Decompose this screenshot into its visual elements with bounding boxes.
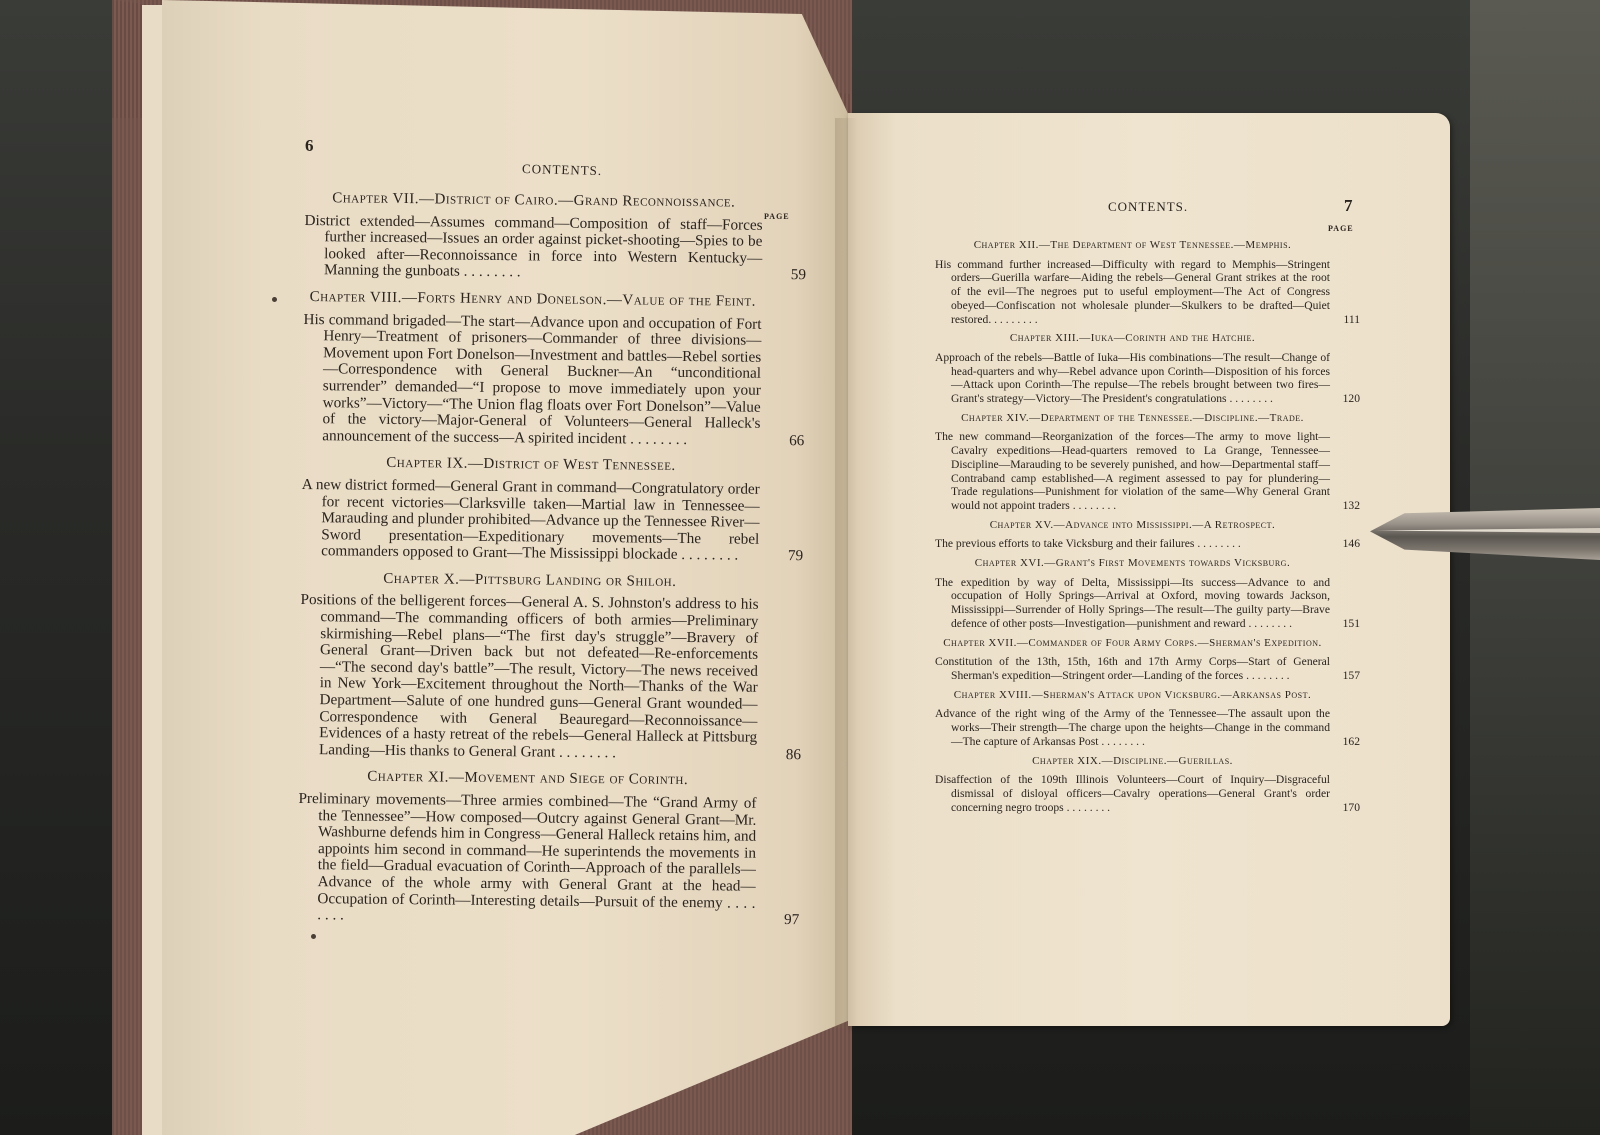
right-page-label: PAGE [1328, 224, 1354, 233]
chapter-entry: Chapter XVII.—Commander of Four Army Cor… [935, 637, 1330, 683]
chapter-entry: Chapter VIII.—Forts Henry and Donelson.—… [302, 289, 762, 449]
chapter-entry: Chapter IX.—District of West Tennessee. … [301, 454, 760, 564]
chapter-title: Chapter XIX.—Discipline.—Guerillas. [935, 755, 1330, 769]
right-page-number: 7 [1344, 196, 1353, 216]
chapter-title: Chapter X.—Pittsburg Landing or Shiloh. [301, 570, 759, 591]
chapter-description: District extended—Assumes command—Compos… [304, 213, 763, 284]
chapter-description: Constitution of the 13th, 15th, 16th and… [935, 655, 1330, 682]
chapter-title: Chapter XI.—Movement and Siege of Corint… [299, 768, 757, 789]
left-contents-list: Chapter VII.—District of Cairo.—Grand Re… [297, 180, 763, 939]
chapter-entry: Chapter XI.—Movement and Siege of Corint… [297, 768, 757, 928]
left-page-number: 6 [305, 136, 314, 156]
chapter-page-number: 132 [1343, 499, 1360, 513]
chapter-entry: Chapter XIX.—Discipline.—Guerillas. Disa… [935, 755, 1330, 815]
chapter-description: Advance of the right wing of the Army of… [935, 707, 1330, 748]
chapter-title: Chapter XII.—The Department of West Tenn… [935, 239, 1330, 253]
chapter-description: A new district formed—General Grant in c… [301, 477, 760, 565]
ink-speck [272, 297, 277, 302]
chapter-description: The new command—Reorganization of the fo… [935, 430, 1330, 512]
chapter-page-number: 97 [784, 912, 799, 929]
chapter-entry: Chapter X.—Pittsburg Landing or Shiloh. … [299, 570, 759, 763]
chapter-description: Preliminary movements—Three armies combi… [297, 791, 756, 929]
chapter-title: Chapter XV.—Advance into Mississippi.—A … [935, 519, 1330, 533]
chapter-page-number: 66 [789, 433, 804, 450]
chapter-entry: Chapter XIII.—Iuka—Corinth and the Hatch… [935, 332, 1330, 406]
right-running-head: CONTENTS. [1108, 199, 1188, 215]
chapter-page-number: 151 [1343, 617, 1360, 631]
chapter-page-number: 170 [1343, 801, 1360, 815]
chapter-entry: Chapter XIV.—Department of the Tennessee… [935, 412, 1330, 513]
chapter-title: Chapter XVI.—Grant's First Movements tow… [935, 557, 1330, 571]
chapter-page-number: 146 [1343, 537, 1360, 551]
right-contents-list: Chapter XII.—The Department of West Tenn… [935, 233, 1330, 820]
chapter-page-number: 111 [1343, 313, 1360, 327]
chapter-entry: Chapter XVIII.—Sherman's Attack upon Vic… [935, 689, 1330, 749]
chapter-title: Chapter IX.—District of West Tennessee. [302, 454, 760, 475]
chapter-title: Chapter VII.—District of Cairo.—Grand Re… [305, 190, 763, 211]
chapter-title: Chapter XVII.—Commander of Four Army Cor… [935, 637, 1330, 651]
chapter-description: The previous efforts to take Vicksburg a… [935, 537, 1330, 551]
left-running-head: CONTENTS. [522, 161, 603, 179]
chapter-description: Positions of the belligerent forces—Gene… [299, 592, 759, 763]
chapter-description: His command further increased—Difficulty… [935, 258, 1330, 327]
chapter-page-number: 59 [791, 267, 806, 284]
book-gutter [835, 118, 863, 1028]
chapter-title: Chapter XVIII.—Sherman's Attack upon Vic… [935, 689, 1330, 703]
chapter-description: Disaffection of the 109th Illinois Volun… [935, 773, 1330, 814]
chapter-entry: Chapter XII.—The Department of West Tenn… [935, 239, 1330, 326]
chapter-page-number: 162 [1343, 735, 1360, 749]
chapter-title: Chapter VIII.—Forts Henry and Donelson.—… [304, 289, 762, 310]
chapter-page-number: 157 [1343, 669, 1360, 683]
chapter-description: The expedition by way of Delta, Mississi… [935, 576, 1330, 631]
chapter-entry: Chapter VII.—District of Cairo.—Grand Re… [304, 190, 763, 284]
chapter-title: Chapter XIII.—Iuka—Corinth and the Hatch… [935, 332, 1330, 346]
ink-speck [311, 934, 316, 939]
chapter-description: Approach of the rebels—Battle of Iuka—Hi… [935, 351, 1330, 406]
chapter-page-number: 79 [788, 548, 803, 565]
chapter-page-number: 120 [1343, 392, 1360, 406]
left-page-label: PAGE [764, 212, 790, 221]
chapter-entry: Chapter XVI.—Grant's First Movements tow… [935, 557, 1330, 631]
chapter-page-number: 86 [786, 747, 801, 764]
chapter-title: Chapter XIV.—Department of the Tennessee… [935, 412, 1330, 426]
chapter-entry: Chapter XV.—Advance into Mississippi.—A … [935, 519, 1330, 551]
chapter-description: His command brigaded—The start—Advance u… [302, 312, 761, 450]
dark-backdrop [1470, 0, 1600, 1135]
